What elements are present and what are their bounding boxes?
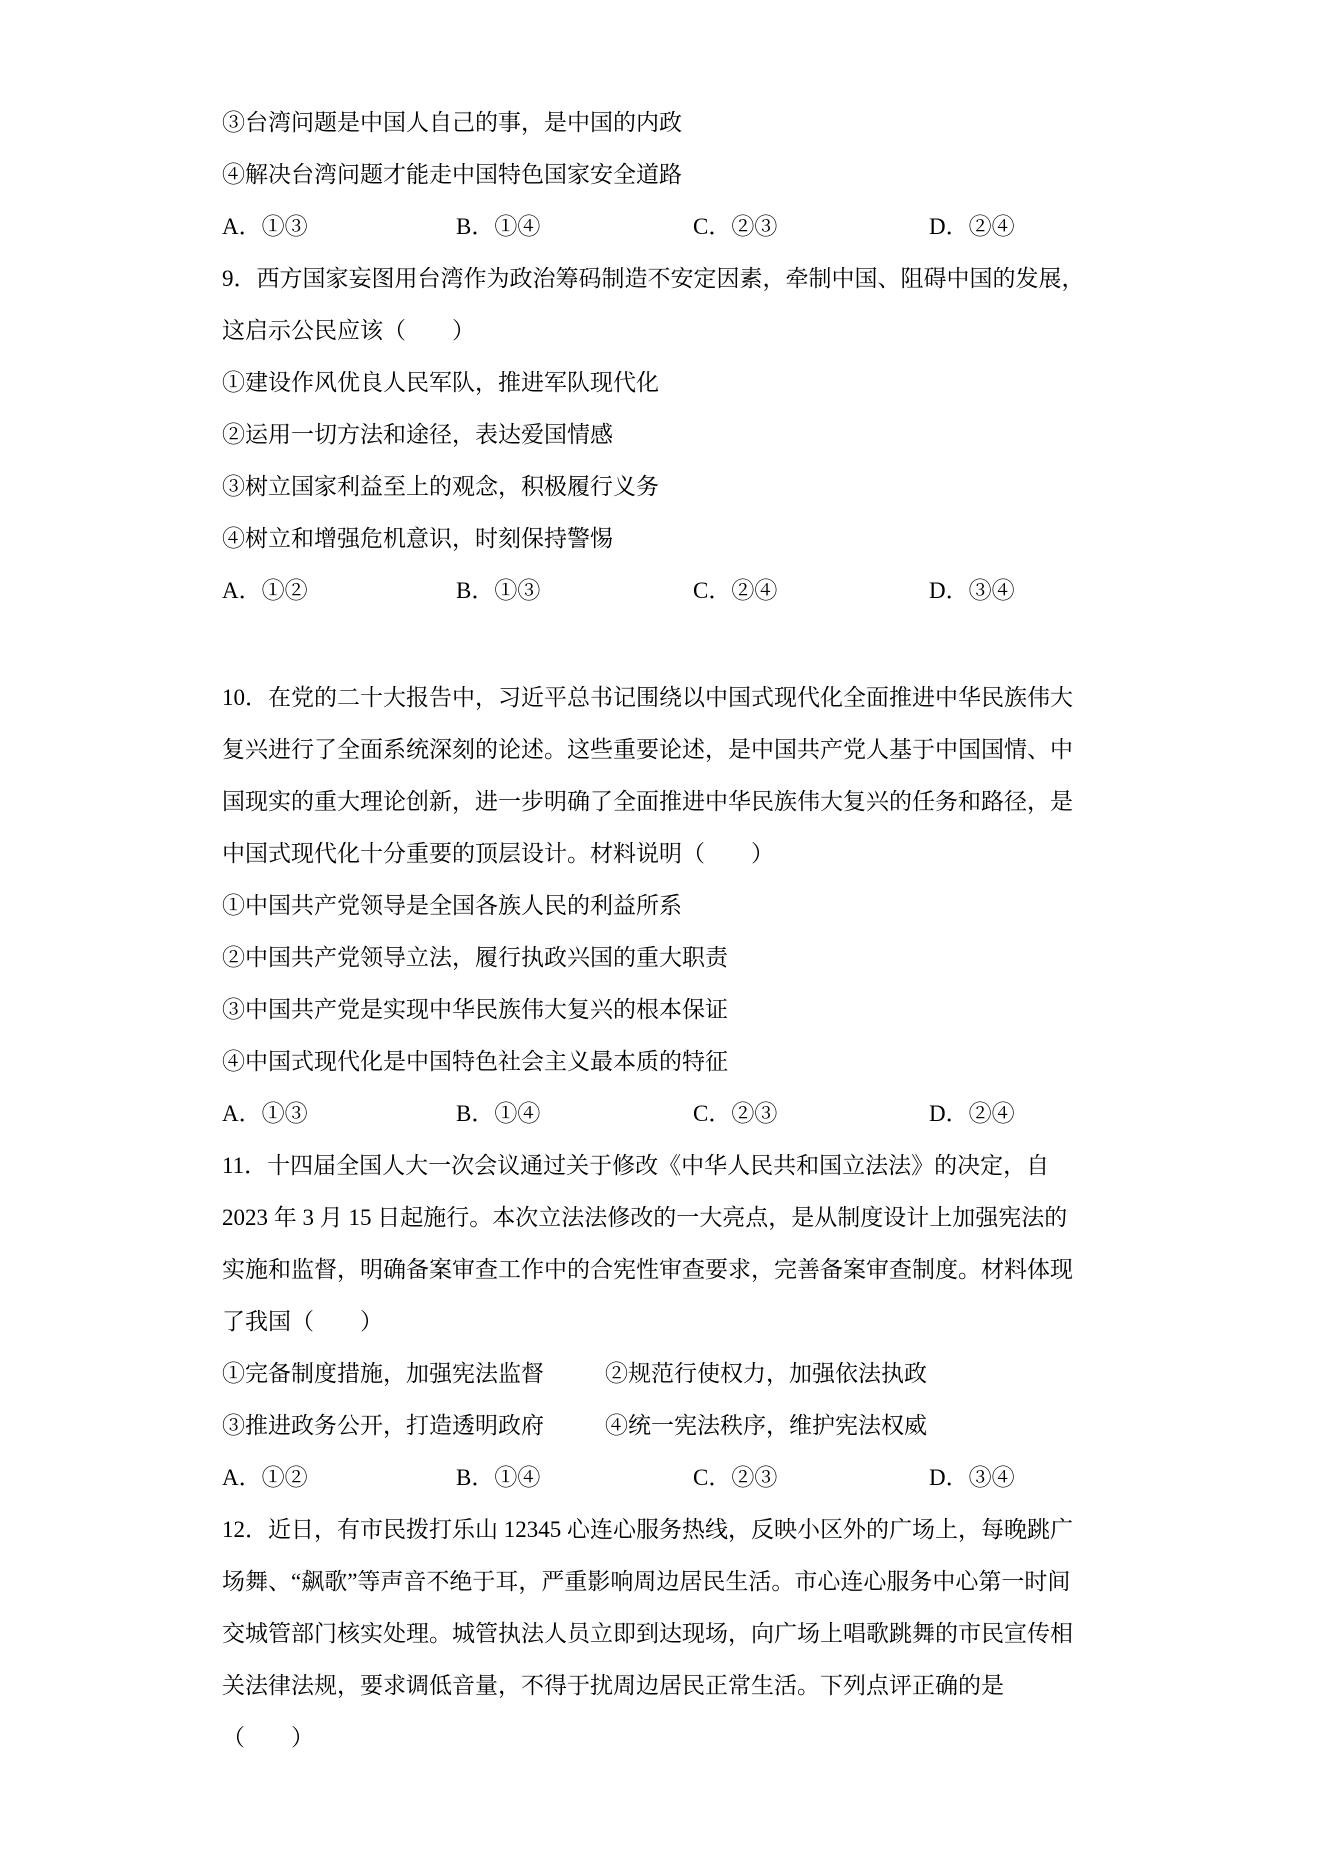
q11-item-1: ①完备制度措施，加强宪法监督 [222,1348,605,1400]
q12-stem-line-3: 交城管部门核实处理。城管执法人员立即到达现场，向广场上唱歌跳舞的市民宣传相 [222,1608,1142,1660]
q10-option-d: D．②④ [929,1088,1015,1140]
q10-stem-line-2: 复兴进行了全面系统深刻的论述。这些重要论述，是中国共产党人基于中国国情、中 [222,724,1142,776]
q9-option-c: C．②④ [693,565,929,617]
q8-item-4: ④解决台湾问题才能走中国特色国家安全道路 [222,149,1142,201]
q10-stem-line-3: 国现实的重大理论创新，进一步明确了全面推进中华民族伟大复兴的任务和路径，是 [222,776,1142,828]
question-block-gap [222,617,1142,672]
q12-stem-line-1: 12．近日，有市民拨打乐山 12345 心连心服务热线，反映小区外的广场上，每晚… [222,1504,1142,1556]
q10-option-a: A．①③ [222,1088,456,1140]
q11-stem-line-2: 2023 年 3 月 15 日起施行。本次立法法修改的一大亮点，是从制度设计上加… [222,1192,1142,1244]
q10-option-c: C．②③ [693,1088,929,1140]
q9-item-4: ④树立和增强危机意识，时刻保持警惕 [222,513,1142,565]
q12-stem-line-4: 关法律法规，要求调低音量，不得于扰周边居民正常生活。下列点评正确的是 [222,1660,1142,1712]
q9-item-2: ②运用一切方法和途径，表达爱国情感 [222,409,1142,461]
q10-option-b: B．①④ [456,1088,693,1140]
q8-option-a: A．①③ [222,201,456,253]
q8-item-3: ③台湾问题是中国人自己的事，是中国的内政 [222,97,1142,149]
q8-option-d: D．②④ [929,201,1015,253]
q12-stem-line-2: 场舞、“飙歌”等声音不绝于耳，严重影响周边居民生活。市心连心服务中心第一时间 [222,1556,1142,1608]
q10-stem-line-4: 中国式现代化十分重要的顶层设计。材料说明（ ） [222,828,1142,880]
q11-stem-line-4: 了我国（ ） [222,1296,1142,1348]
q11-item-4: ④统一宪法秩序，维护宪法权威 [605,1400,927,1452]
q8-option-b: B．①④ [456,201,693,253]
q8-option-c: C．②③ [693,201,929,253]
q9-option-a: A．①② [222,565,456,617]
q11-option-c: C．②③ [693,1452,929,1504]
q9-stem-line-2: 这启示公民应该（ ） [222,305,1142,357]
q11-option-d: D．③④ [929,1452,1015,1504]
q10-item-3: ③中国共产党是实现中华民族伟大复兴的根本保证 [222,984,1142,1036]
q11-option-a: A．①② [222,1452,456,1504]
q10-options-row: A．①③B．①④C．②③D．②④ [222,1088,1142,1140]
q11-items-row-1: ①完备制度措施，加强宪法监督②规范行使权力，加强依法执政 [222,1348,1142,1400]
q11-options-row: A．①②B．①④C．②③D．③④ [222,1452,1142,1504]
q11-item-3: ③推进政务公开，打造透明政府 [222,1400,605,1452]
q11-stem-line-1: 11．十四届全国人大一次会议通过关于修改《中华人民共和国立法法》的决定，自 [222,1140,1142,1192]
q10-stem-line-1: 10．在党的二十大报告中，习近平总书记围绕以中国式现代化全面推进中华民族伟大 [222,672,1142,724]
exam-document-page: ③台湾问题是中国人自己的事，是中国的内政 ④解决台湾问题才能走中国特色国家安全道… [0,0,1323,1872]
q9-option-b: B．①③ [456,565,693,617]
q9-options-row: A．①②B．①③C．②④D．③④ [222,565,1142,617]
q12-answer-blank: （ ） [222,1712,1142,1764]
q11-option-b: B．①④ [456,1452,693,1504]
q10-item-4: ④中国式现代化是中国特色社会主义最本质的特征 [222,1036,1142,1088]
exam-text-column: ③台湾问题是中国人自己的事，是中国的内政 ④解决台湾问题才能走中国特色国家安全道… [222,97,1142,1764]
q9-stem-line-1: 9．西方国家妄图用台湾作为政治筹码制造不安定因素，牵制中国、阻碍中国的发展， [222,253,1142,305]
q11-item-2: ②规范行使权力，加强依法执政 [605,1348,927,1400]
q11-stem-line-3: 实施和监督，明确备案审查工作中的合宪性审查要求，完善备案审查制度。材料体现 [222,1244,1142,1296]
q10-item-1: ①中国共产党领导是全国各族人民的利益所系 [222,880,1142,932]
q8-options-row: A．①③B．①④C．②③D．②④ [222,201,1142,253]
q9-item-3: ③树立国家利益至上的观念，积极履行义务 [222,461,1142,513]
q9-item-1: ①建设作风优良人民军队，推进军队现代化 [222,357,1142,409]
q9-option-d: D．③④ [929,565,1015,617]
q10-item-2: ②中国共产党领导立法，履行执政兴国的重大职责 [222,932,1142,984]
q11-items-row-2: ③推进政务公开，打造透明政府④统一宪法秩序，维护宪法权威 [222,1400,1142,1452]
